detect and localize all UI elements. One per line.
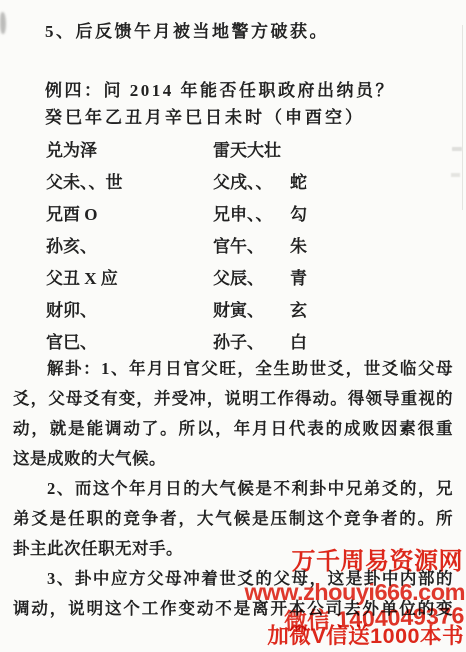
original-line-cell: 财卯、 [46,295,97,327]
scanned-document-page: 5、后反馈午月被当地警方破获。 例四：问 2014 年能否任职政府出纳员？ 癸巳… [0,0,466,652]
divination-date-line: 癸巳年乙丑月辛巳日未时（申酉空） [45,109,365,128]
changed-line-cell: 财寅、 [213,295,264,327]
hexagram-table: 兑为泽 雷天大壮 父未、、世 父戌、、 蛇 兄酉 O 兄申、、 勾 孙亥、 [46,135,466,359]
original-line-cell: 孙亥、 [46,231,97,263]
hexagram-rows: 父未、、世 父戌、、 蛇 兄酉 O 兄申、、 勾 孙亥、 官午、 朱 [46,167,466,359]
changed-line-cell: 父戌、、 [213,167,273,199]
interpretation-line: 这是成败的大气候。 [13,444,453,474]
feedback-line: 5、后反馈午月被当地警方破获。 [45,23,329,42]
hexagram-line-row: 父未、、世 父戌、、 蛇 [46,167,466,199]
interpretation-line: 解卦：1、年月日官父旺，全生助世爻，世爻临父母 [13,354,453,384]
changed-line-cell: 兄申、、 [213,199,273,231]
six-spirit-cell: 勾 [290,199,307,231]
six-spirit-cell: 青 [290,263,307,295]
six-spirit-cell: 蛇 [290,167,307,199]
case-title: 例四：问 2014 年能否任职政府出纳员？ [45,82,395,101]
original-line-cell: 父未、、世 [46,167,123,199]
interpretation-line: 动，就是能调动了。所以，年月日代表的成败因素很重要， [13,414,453,444]
original-line-cell: 父丑 X 应 [46,263,118,295]
interpretation-line: 2、而这个年月日的大气候是不利卦中兄弟爻的，兄 [13,474,453,504]
changed-hexagram-name: 雷天大壮 [213,135,281,167]
watermark-promo-text: 加微V信送1000本书 [267,625,464,649]
six-spirit-cell: 朱 [290,231,307,263]
six-spirit-cell: 玄 [290,295,307,327]
watermark-site-url: www.zhouyi666.com [245,580,465,606]
hexagram-line-row: 兄酉 O 兄申、、 勾 [46,199,466,231]
scan-artifact-corner-smudge [0,12,6,34]
hexagram-line-row: 财卯、 财寅、 玄 [46,295,466,327]
original-line-cell: 兄酉 O [46,199,97,231]
original-hexagram-name: 兑为泽 [46,135,97,167]
changed-line-cell: 父辰、 [213,263,264,295]
watermark-site-name: 万千周易资源网 [292,549,464,575]
interpretation-line: 爻，父母爻有变，并受冲，说明工作得动。得领导重视的 [13,384,453,414]
interpretation-line: 弟爻是任职的竞争者，大气候是压制这个竞争者的。所以， [13,504,453,534]
hexagram-title-row: 兑为泽 雷天大壮 [46,135,466,167]
changed-line-cell: 官午、 [213,231,264,263]
hexagram-line-row: 孙亥、 官午、 朱 [46,231,466,263]
hexagram-line-row: 父丑 X 应 父辰、 青 [46,263,466,295]
